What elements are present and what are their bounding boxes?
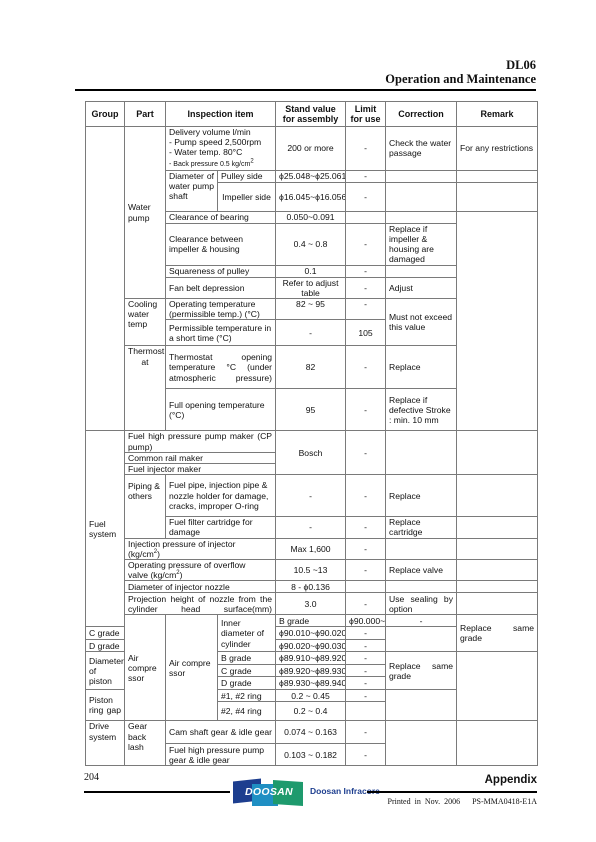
table-row: Injection pressure of injector(kg/cm2) M…: [86, 538, 538, 559]
limit-value: -: [346, 677, 386, 690]
col-header-part: Part: [125, 102, 166, 127]
group-drive-system: Drive system: [86, 721, 125, 766]
remark: [457, 182, 538, 211]
part-air-compressor: Air compre ssor: [166, 615, 218, 721]
stand-value: Bosch: [276, 431, 346, 475]
item-fuel-pipe: Fuel pipe, injection pipe & nozzle holde…: [166, 475, 276, 517]
remark: [457, 431, 538, 475]
item-clearance-impeller-housing: Clearance between impeller & housing: [166, 223, 276, 265]
grade-label: D grade: [218, 677, 276, 690]
correction: Replace: [386, 346, 457, 389]
correction: [386, 690, 457, 721]
item-cylinder-inner-diameter: Inner diameter of cylinder: [218, 615, 276, 652]
limit-value: -: [346, 690, 386, 702]
correction: [386, 211, 457, 223]
footer-divider-left: [84, 791, 230, 793]
ring-label: #2, #4 ring: [218, 702, 276, 721]
stand-value: ϕ90.010~ϕ90.020: [276, 627, 346, 640]
part-gear-backlash: Gear back lash: [125, 721, 166, 766]
item-common-rail-maker: Common rail maker: [125, 452, 276, 463]
stand-value: 0.4 ~ 0.8: [276, 223, 346, 265]
limit-value: -: [346, 346, 386, 389]
stand-value: 0.050~0.091: [276, 211, 346, 223]
limit-value: -: [346, 475, 386, 517]
part-thermostat: Thermost at: [125, 346, 166, 431]
item-squareness-pulley: Squareness of pulley: [166, 265, 276, 277]
correction: Replace same grade: [386, 652, 457, 690]
col-header-limit: Limitfor use: [346, 102, 386, 127]
group-cell-cooling: [86, 127, 125, 431]
limit-value: -: [346, 744, 386, 766]
limit-value: [346, 581, 386, 593]
table-row: Air compre ssor Air compre ssor Inner di…: [86, 615, 538, 627]
col-header-stand-value: Stand valuefor assembly: [276, 102, 346, 127]
limit-value: -: [346, 127, 386, 171]
stand-value: 82: [276, 346, 346, 389]
grade-label: D grade: [86, 640, 125, 652]
stand-value: 10.5 ~13: [276, 560, 346, 581]
limit-value: -: [346, 170, 386, 182]
stand-value: 0.2 ~ 0.45: [276, 690, 346, 702]
correction: [386, 182, 457, 211]
remark: [457, 475, 538, 517]
limit-value: -: [346, 517, 386, 538]
stand-value: ϕ89.910~ϕ89.920: [276, 652, 346, 665]
stand-value: -: [276, 320, 346, 346]
item-delivery-volume: Delivery volume l/min - Pump speed 2,500…: [166, 127, 276, 171]
table-row: Piping & others Fuel pipe, injection pip…: [86, 475, 538, 517]
stand-value: ϕ89.930~ϕ89.940: [276, 677, 346, 690]
stand-value: ϕ89.920~ϕ89.930: [276, 665, 346, 677]
header-divider: [75, 89, 536, 91]
limit-value: -: [346, 640, 386, 652]
grade-label: B grade: [218, 652, 276, 665]
item-thermostat-opening: Thermostat opening temperature °C (under…: [166, 346, 276, 389]
limit-value: -: [346, 299, 386, 320]
ring-label: #1, #2 ring: [218, 690, 276, 702]
item-fan-belt: Fan belt depression: [166, 277, 276, 298]
table-row: Operating pressure of overflowvalve (kg/…: [86, 560, 538, 581]
part-cooling-water-temp: Cooling water temp: [125, 299, 166, 346]
remark: [457, 560, 538, 581]
correction: Replace cartridge: [386, 517, 457, 538]
stand-value: 0.074 ~ 0.163: [276, 721, 346, 744]
correction: Use sealing by option: [386, 593, 457, 615]
section-name: Appendix: [485, 774, 537, 786]
stand-value: -: [276, 517, 346, 538]
item-operating-temp: Operating temperature (permissible temp.…: [166, 299, 276, 320]
grade-label: C grade: [86, 627, 125, 640]
limit-value: -: [346, 277, 386, 298]
item-piston-ring-gap: Piston ring gap: [86, 690, 125, 721]
remark: For any restrictions: [457, 127, 538, 171]
item-fuel-filter: Fuel filter cartridge for damage: [166, 517, 276, 538]
limit-value: -: [346, 627, 386, 640]
correction: [386, 581, 457, 593]
remark: [457, 538, 538, 559]
stand-value: 0.103 ~ 0.182: [276, 744, 346, 766]
limit-value: -: [346, 721, 386, 744]
item-permissible-temp: Permissible temperature in a short time …: [166, 320, 276, 346]
part-water-pump: Water pump: [125, 127, 166, 299]
remark: [457, 593, 538, 615]
item-hp-pump-gear: Fuel high pressure pump gear & idle gear: [166, 744, 276, 766]
stand-value: ϕ90.000~ϕ90.010: [346, 615, 386, 627]
item-piston-diameter: Diameter of piston: [86, 652, 125, 690]
item-injector-maker: Fuel injector maker: [125, 464, 276, 475]
correction: [386, 538, 457, 559]
group-air-compressor: Air compre ssor: [125, 615, 166, 721]
table-row: Water pump Delivery volume l/min - Pump …: [86, 127, 538, 171]
limit-value: -: [346, 538, 386, 559]
grade-label: B grade: [276, 615, 346, 627]
part-piping-others: Piping & others: [125, 475, 166, 538]
sub-item-pulley-side: Pulley side: [218, 170, 276, 182]
col-header-remark: Remark: [457, 102, 538, 127]
correction: [386, 265, 457, 277]
correction: Must not exceed this value: [386, 299, 457, 346]
limit-value: -: [386, 615, 457, 627]
table-row: Projection height of nozzle from the cyl…: [86, 593, 538, 615]
sub-item-impeller-side: Impeller side: [218, 182, 276, 211]
correction: Replace if defective Stroke : min. 10 mm: [386, 389, 457, 431]
correction: [386, 431, 457, 475]
item-nozzle-projection: Projection height of nozzle from the cyl…: [125, 593, 276, 615]
item-shaft-diameter: Diameter of water pump shaft: [166, 170, 218, 211]
item-cam-shaft-gear: Cam shaft gear & idle gear: [166, 721, 276, 744]
stand-value: 0.2 ~ 0.4: [276, 702, 346, 721]
correction: Replace same grade: [457, 615, 538, 652]
table-header-row: Group Part Inspection item Stand valuefo…: [86, 102, 538, 127]
limit-value: -: [346, 265, 386, 277]
correction: [386, 170, 457, 182]
document-title: Operation and Maintenance: [385, 72, 536, 87]
limit-value: -: [346, 223, 386, 265]
limit-value: -: [346, 652, 386, 665]
col-header-correction: Correction: [386, 102, 457, 127]
limit-value: -: [346, 182, 386, 211]
stand-value: 95: [276, 389, 346, 431]
stand-value: 200 or more: [276, 127, 346, 171]
stand-value: 0.1: [276, 265, 346, 277]
limit-value: -: [346, 593, 386, 615]
stand-value: Refer to adjust table: [276, 277, 346, 298]
limit-value: -: [346, 389, 386, 431]
print-info: Printed in Nov. 2006 PS-MMA0418-E1A: [388, 797, 538, 806]
correction: Check the water passage: [386, 127, 457, 171]
correction: Adjust: [386, 277, 457, 298]
remark: [457, 721, 538, 766]
limit-value: 105: [346, 320, 386, 346]
remark: [457, 211, 538, 431]
stand-value: 3.0: [276, 593, 346, 615]
stand-value: -: [276, 475, 346, 517]
grade-label: C grade: [218, 665, 276, 677]
remark: [457, 581, 538, 593]
remark: [457, 170, 538, 182]
inspection-spec-table: Group Part Inspection item Stand valuefo…: [85, 101, 538, 766]
correction: [386, 721, 457, 766]
item-injection-pressure: Injection pressure of injector(kg/cm2): [125, 538, 276, 559]
stand-value: Max 1,600: [276, 538, 346, 559]
limit-value: [346, 211, 386, 223]
limit-value: -: [346, 431, 386, 475]
footer-divider-right: [367, 791, 537, 793]
document-code: DL06: [506, 58, 536, 73]
correction: Replace valve: [386, 560, 457, 581]
correction: Replace if impeller & housing are damage…: [386, 223, 457, 265]
table-row: Fuel system Fuel high pressure pump make…: [86, 431, 538, 452]
stand-value: ϕ90.020~ϕ90.030: [276, 640, 346, 652]
limit-value: -: [346, 665, 386, 677]
item-full-opening: Full opening temperature (°C): [166, 389, 276, 431]
stand-value: ϕ16.045~ϕ16.056: [276, 182, 346, 211]
limit-value: -: [346, 560, 386, 581]
item-hp-pump-maker: Fuel high pressure pump maker (CP pump): [125, 431, 276, 452]
table-row: Diameter of injector nozzle 8 - ϕ0.136: [86, 581, 538, 593]
stand-value: ϕ25.048~ϕ25.061: [276, 170, 346, 182]
stand-value: 82 ~ 95: [276, 299, 346, 320]
item-clearance-bearing: Clearance of bearing: [166, 211, 276, 223]
item-injector-nozzle-diameter: Diameter of injector nozzle: [125, 581, 276, 593]
table-row: Drive system Gear back lash Cam shaft ge…: [86, 721, 538, 744]
stand-value: 8 - ϕ0.136: [276, 581, 346, 593]
col-header-inspection-item: Inspection item: [166, 102, 276, 127]
item-overflow-valve-pressure: Operating pressure of overflowvalve (kg/…: [125, 560, 276, 581]
group-fuel-system: Fuel system: [86, 431, 125, 627]
col-header-group: Group: [86, 102, 125, 127]
correction: Replace: [386, 475, 457, 517]
page-number: 204: [84, 772, 99, 783]
limit-value: [346, 702, 386, 721]
remark: [457, 517, 538, 538]
doosan-logo: DOOSAN: [233, 778, 305, 808]
